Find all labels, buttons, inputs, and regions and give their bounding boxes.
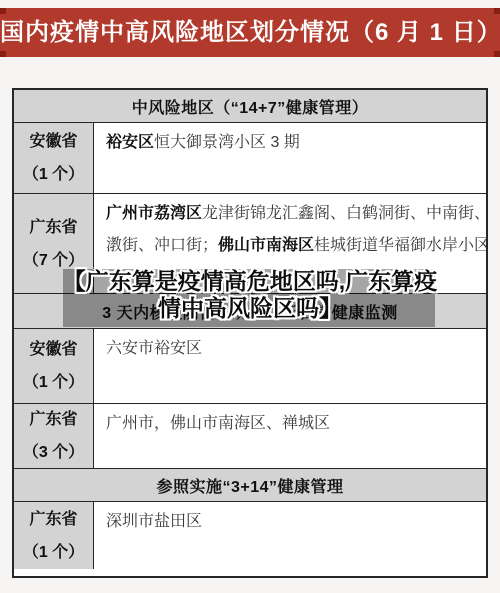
seo-caption-overlay: 【广东算是疫情高危地区吗,广东算疫 情中高风险区吗】 [0, 268, 500, 322]
region-text: 六安市裕安区 [106, 333, 476, 365]
province-count: （1 个） [23, 158, 84, 191]
table-row: 安徽省 （1 个） 裕安区恒大御景湾小区 3 期 [14, 122, 486, 193]
banner-corner-mark [494, 51, 500, 57]
region-text: 深圳市盐田区 [106, 506, 476, 538]
section-band-reference: 参照实施“3+14”健康管理 [14, 468, 486, 501]
risk-area-table: 中风险地区（“14+7”健康管理） 安徽省 （1 个） 裕安区恒大御景湾小区 3… [12, 88, 488, 578]
table-row: 广东省 （1 个） 深圳市盐田区 [14, 501, 486, 569]
province-name: 广东省 [29, 503, 77, 536]
province-count: （3 个） [23, 436, 84, 469]
province-count: （1 个） [23, 536, 84, 569]
page-title: 国内疫情中高风险地区划分情况（6 月 1 日） [0, 8, 500, 57]
banner-corner-mark [0, 8, 6, 14]
province-name: 安徽省 [29, 333, 77, 366]
banner-corner-mark [0, 51, 6, 57]
region-cell: 裕安区恒大御景湾小区 3 期 [94, 123, 486, 193]
region-text: 漖街、冲口街；佛山市南海区桂城街道华福御水岸小区、 [106, 230, 476, 262]
province-name: 广东省 [29, 211, 77, 244]
caption-line-2: 情中高风险区吗】 [0, 295, 500, 322]
region-cell: 深圳市盐田区 [94, 502, 486, 569]
province-cell: 安徽省 （1 个） [14, 329, 94, 403]
province-count: （1 个） [23, 366, 84, 399]
region-text: 裕安区恒大御景湾小区 3 期 [106, 127, 476, 159]
title-banner: 国内疫情中高风险地区划分情况（6 月 1 日） [0, 8, 500, 57]
region-text: 广州市荔湾区龙津街锦龙汇鑫阁、白鹤洞街、中南街、东 [106, 198, 476, 230]
section-band-medium-risk: 中风险地区（“14+7”健康管理） [14, 90, 486, 122]
section-band-label: 中风险地区（“14+7”健康管理） [132, 95, 369, 118]
banner-corner-mark [494, 8, 500, 14]
province-cell: 安徽省 （1 个） [14, 123, 94, 193]
region-cell: 六安市裕安区 [94, 329, 486, 403]
caption-line-1: 【广东算是疫情高危地区吗,广东算疫 [0, 268, 500, 295]
region-text: 广州市，佛山市南海区、禅城区 [106, 408, 476, 440]
table-row: 广东省 （3 个） 广州市，佛山市南海区、禅城区 [14, 403, 486, 468]
province-cell: 广东省 （1 个） [14, 502, 94, 569]
table-row: 安徽省 （1 个） 六安市裕安区 [14, 328, 486, 403]
province-name: 安徽省 [29, 125, 77, 158]
region-cell: 广州市，佛山市南海区、禅城区 [94, 404, 486, 468]
section-band-label: 参照实施“3+14”健康管理 [156, 474, 343, 497]
province-name: 广东省 [29, 403, 77, 436]
province-cell: 广东省 （3 个） [14, 404, 94, 468]
